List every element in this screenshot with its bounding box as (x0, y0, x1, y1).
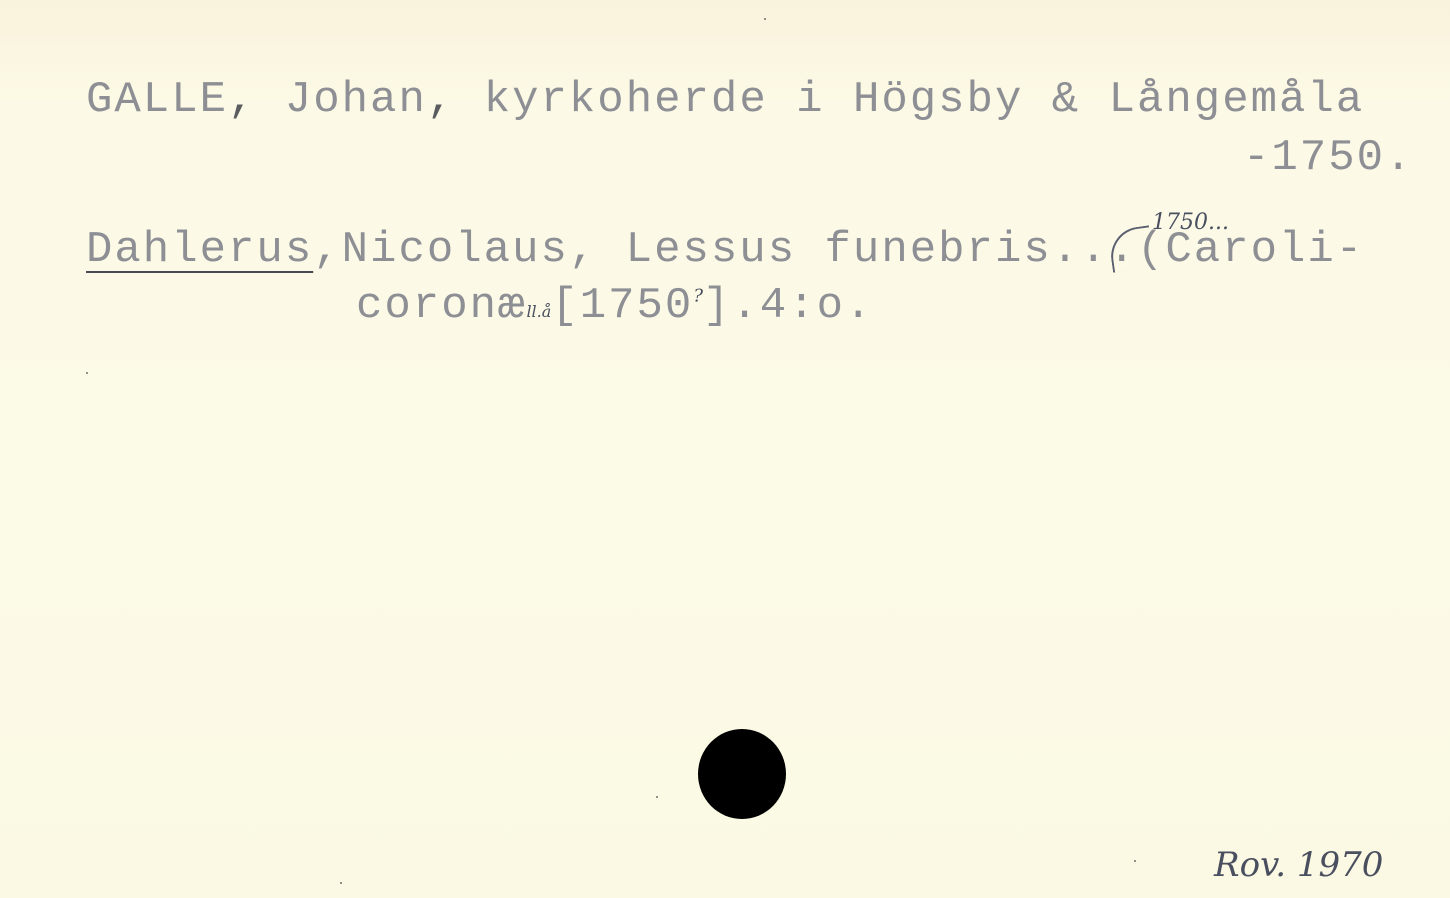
heading-given-name: Johan (285, 75, 427, 125)
bracket-close: ] (703, 281, 731, 331)
handwritten-year-note: 1750... (1152, 212, 1229, 234)
handwritten-revision-note: Rov. 1970 (1214, 848, 1383, 882)
heading-description: kyrkoherde i Högsby & Långemåla (484, 75, 1365, 125)
punch-hole (698, 729, 786, 819)
heading-surname: GALLE (86, 75, 228, 125)
entry-title-end: coronæ (356, 281, 526, 331)
paper-speck (764, 18, 766, 20)
entry-author: Dahlerus (86, 225, 313, 275)
entry-year: 1750 (580, 281, 694, 331)
comma: , (228, 75, 285, 125)
paper-speck (656, 796, 658, 798)
entry-line-2: coronæll.å[1750?].4:o. (356, 284, 873, 328)
paper-speck (340, 882, 342, 884)
entry-format: .4:o. (731, 281, 873, 331)
heading-dates: -1750. (1243, 136, 1413, 180)
handwritten-query: ? (693, 285, 703, 306)
entry-author-rest: ,Nicolaus, Lessus funebris... (313, 225, 1137, 275)
paper-speck (1134, 860, 1136, 862)
comma: , (427, 75, 484, 125)
paper-speck (86, 372, 88, 374)
heading-line: GALLE, Johan, kyrkoherde i Högsby & Lång… (86, 78, 1364, 122)
catalog-card: GALLE, Johan, kyrkoherde i Högsby & Lång… (0, 0, 1450, 898)
bracket-open: [ (551, 281, 579, 331)
handwritten-abbrev: ll.å (526, 302, 551, 321)
